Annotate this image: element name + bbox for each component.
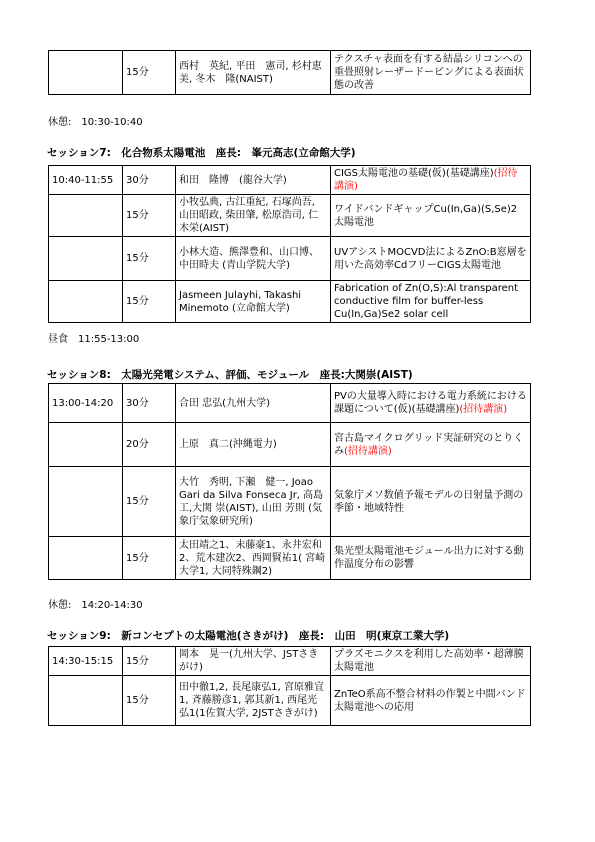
cell-speakers: 岡本 晃一(九州大学、JSTさきがけ) (176, 647, 331, 676)
cell-duration: 15分 (123, 281, 176, 323)
cell-title: テクスチャ表面を有する結晶シリコンへの重畳照射レーザードーピングによる表面状態の… (331, 51, 531, 95)
cell-duration: 15分 (123, 537, 176, 580)
talk-title: 気象庁メソ数値予報モデルの日射量予測の季節・地域特性 (334, 490, 523, 514)
cell-duration: 15分 (123, 237, 176, 281)
invited-label: (招待講演) (344, 446, 392, 457)
cell-speakers: 合田 忠弘(九州大学) (176, 384, 331, 423)
cell-duration: 30分 (123, 166, 176, 195)
cell-time (49, 467, 123, 537)
lunch-note: 昼食 11:55-13:00 (48, 333, 139, 346)
cell-time (49, 676, 123, 726)
table-row: 15分 小林大造、熊澤豊和、山口博、中田時夫 (青山学院大学) UVアシストMO… (49, 237, 531, 281)
cell-time (49, 423, 123, 467)
cell-time: 14:30-15:15 (49, 647, 123, 676)
table-row: 15分 太田靖之1、末藤豪1、永井宏和2、荒木建次2、西岡賢祐1( 宮崎大学1,… (49, 537, 531, 580)
cell-title: ZnTeO系高不整合材料の作製と中間バンド太陽電池への応用 (331, 676, 531, 726)
cell-title: ワイドバンドギャップCu(In,Ga)(S,Se)2太陽電池 (331, 195, 531, 237)
cell-duration: 15分 (123, 51, 176, 95)
cell-speakers: 和田 隆博 (龍谷大学) (176, 166, 331, 195)
talk-title: UVアシストMOCVD法によるZnO:B窓層を用いた高効率CdフリーCIGS太陽… (334, 247, 527, 271)
page: { "page": { "background": "#ffffff", "te… (0, 0, 595, 842)
cell-title: CIGS太陽電池の基礎(仮)(基礎講座)(招待講演) (331, 166, 531, 195)
talk-title: CIGS太陽電池の基礎(仮)(基礎講座) (334, 168, 494, 179)
session9-table: 14:30-15:15 15分 岡本 晃一(九州大学、JSTさきがけ) プラズモ… (48, 646, 531, 726)
cell-title: UVアシストMOCVD法によるZnO:B窓層を用いた高効率CdフリーCIGS太陽… (331, 237, 531, 281)
talk-title: テクスチャ表面を有する結晶シリコンへの重畳照射レーザードーピングによる表面状態の… (334, 54, 524, 91)
cell-title: 宮古島マイクログリッド実証研究のとりくみ(招待講演) (331, 423, 531, 467)
cell-title: PVの大量導入時における電力系統における課題について(仮)(基礎講座)(招待講演… (331, 384, 531, 423)
cell-speakers: 小林大造、熊澤豊和、山口博、中田時夫 (青山学院大学) (176, 237, 331, 281)
cell-duration: 30分 (123, 384, 176, 423)
session7-header: セッション7: 化合物系太陽電池 座長: 峯元高志(立命館大学) (47, 146, 356, 160)
break-morning-note: 休憩: 10:30-10:40 (48, 116, 143, 129)
session8-table: 13:00-14:20 30分 合田 忠弘(九州大学) PVの大量導入時における… (48, 383, 531, 580)
cell-speakers: Jasmeen Julayhi, Takashi Minemoto (立命館大学… (176, 281, 331, 323)
talk-title: 集光型太陽電池モジュール出力に対する動作温度分布の影響 (334, 546, 524, 570)
talk-title: ZnTeO系高不整合材料の作製と中間バンド太陽電池への応用 (334, 689, 526, 713)
session9-header: セッション9: 新コンセプトの太陽電池(さきがけ) 座長: 山田 明(東京工業大… (47, 629, 449, 643)
cell-speakers: 太田靖之1、末藤豪1、永井宏和2、荒木建次2、西岡賢祐1( 宮崎大学1, 大同特… (176, 537, 331, 580)
cell-time (49, 237, 123, 281)
talk-title: Fabrication of Zn(O,S):Al transparent co… (334, 283, 518, 320)
break-afternoon-note: 休憩: 14:20-14:30 (48, 599, 143, 612)
cell-title: プラズモニクスを利用した高効率・超薄膜太陽電池 (331, 647, 531, 676)
talk-title: プラズモニクスを利用した高効率・超薄膜太陽電池 (334, 649, 524, 673)
cell-speakers: 西村 英紀, 平田 憲司, 杉村恵美, 冬木 隆(NAIST) (176, 51, 331, 95)
table-row: 15分 西村 英紀, 平田 憲司, 杉村恵美, 冬木 隆(NAIST) テクスチ… (49, 51, 531, 95)
cell-speakers: 小牧弘典, 古江重紀, 石塚尚吾, 山田昭政, 柴田肇, 松原浩司, 仁木栄(A… (176, 195, 331, 237)
session8-header: セッション8: 太陽光発電システム、評価、モジュール 座長:大関崇(AIST) (47, 368, 413, 382)
table-row: 15分 小牧弘典, 古江重紀, 石塚尚吾, 山田昭政, 柴田肇, 松原浩司, 仁… (49, 195, 531, 237)
table-row: 15分 田中徹1,2, 長尾康弘1, 宮原雅宜1, 斉藤勝彦1, 郭其新1, 西… (49, 676, 531, 726)
cell-duration: 15分 (123, 676, 176, 726)
table-row: 13:00-14:20 30分 合田 忠弘(九州大学) PVの大量導入時における… (49, 384, 531, 423)
cell-time (49, 537, 123, 580)
talk-title: ワイドバンドギャップCu(In,Ga)(S,Se)2太陽電池 (334, 204, 517, 228)
top-table: 15分 西村 英紀, 平田 憲司, 杉村恵美, 冬木 隆(NAIST) テクスチ… (48, 50, 531, 95)
cell-time: 10:40-11:55 (49, 166, 123, 195)
invited-label: (招待講演) (459, 404, 507, 415)
cell-time (49, 51, 123, 95)
cell-duration: 15分 (123, 467, 176, 537)
cell-title: 集光型太陽電池モジュール出力に対する動作温度分布の影響 (331, 537, 531, 580)
cell-speakers: 上原 真二(沖縄電力) (176, 423, 331, 467)
table-row: 14:30-15:15 15分 岡本 晃一(九州大学、JSTさきがけ) プラズモ… (49, 647, 531, 676)
cell-speakers: 田中徹1,2, 長尾康弘1, 宮原雅宜1, 斉藤勝彦1, 郭其新1, 西尾光弘1… (176, 676, 331, 726)
cell-speakers: 大竹 秀明, 下瀬 健一, Joao Gari da Silva Fonseca… (176, 467, 331, 537)
cell-time: 13:00-14:20 (49, 384, 123, 423)
cell-duration: 15分 (123, 647, 176, 676)
cell-duration: 20分 (123, 423, 176, 467)
session7-table: 10:40-11:55 30分 和田 隆博 (龍谷大学) CIGS太陽電池の基礎… (48, 165, 531, 323)
table-row: 15分 Jasmeen Julayhi, Takashi Minemoto (立… (49, 281, 531, 323)
table-row: 10:40-11:55 30分 和田 隆博 (龍谷大学) CIGS太陽電池の基礎… (49, 166, 531, 195)
cell-time (49, 281, 123, 323)
table-row: 20分 上原 真二(沖縄電力) 宮古島マイクログリッド実証研究のとりくみ(招待講… (49, 423, 531, 467)
cell-duration: 15分 (123, 195, 176, 237)
cell-title: Fabrication of Zn(O,S):Al transparent co… (331, 281, 531, 323)
cell-title: 気象庁メソ数値予報モデルの日射量予測の季節・地域特性 (331, 467, 531, 537)
cell-time (49, 195, 123, 237)
table-row: 15分 大竹 秀明, 下瀬 健一, Joao Gari da Silva Fon… (49, 467, 531, 537)
